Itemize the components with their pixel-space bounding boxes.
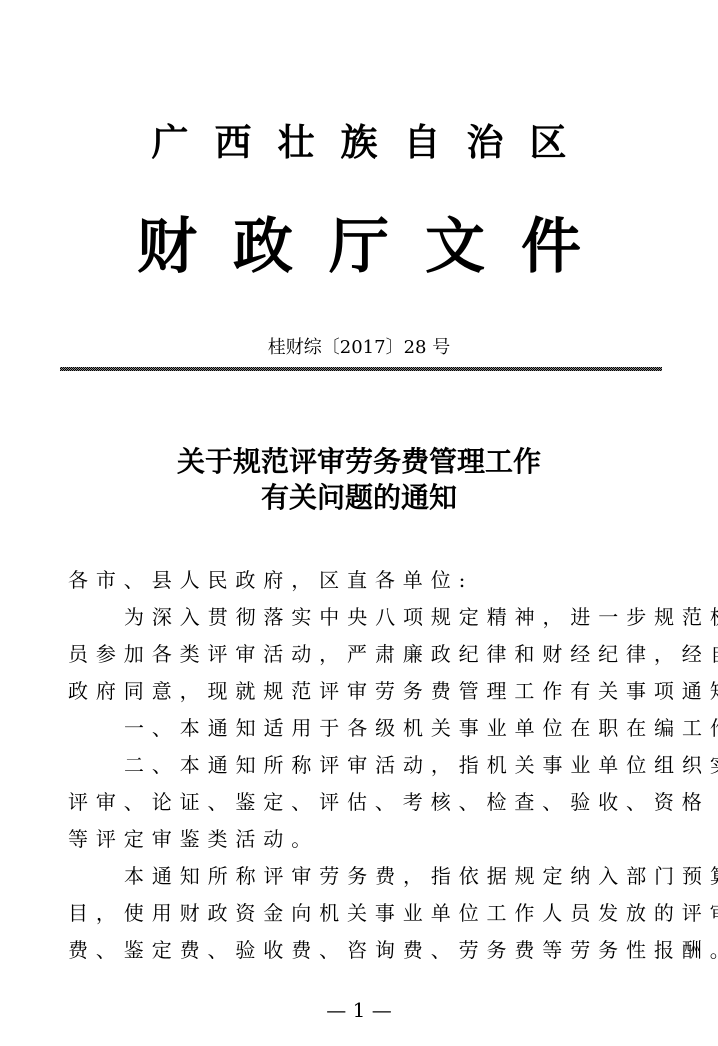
document-number: 桂财综〔2017〕28 号 (0, 336, 718, 360)
body-line: 费、鉴定费、验收费、咨询费、劳务费等劳务性报酬。未按规定 (68, 932, 668, 969)
notice-title-line-1: 关于规范评审劳务费管理工作 (0, 444, 718, 480)
body-line: 为深入贯彻落实中央八项规定精神，进一步规范机关工作人 (68, 599, 668, 636)
body-line: 目，使用财政资金向机关事业单位工作人员发放的评审费、论证 (68, 895, 668, 932)
notice-title: 关于规范评审劳务费管理工作 有关问题的通知 (0, 444, 718, 516)
body-line-item-2: 二、本通知所称评审活动，指机关事业单位组织实施的项目 (68, 747, 668, 784)
notice-body: 各市、县人民政府，区直各单位: 为深入贯彻落实中央八项规定精神，进一步规范机关工… (68, 562, 668, 969)
body-line: 评审、论证、鉴定、评估、考核、检查、验收、资格（质）认定 (68, 784, 668, 821)
body-line-item-1: 一、本通知适用于各级机关事业单位在职在编工作人员。 (68, 710, 668, 747)
body-line: 本通知所称评审劳务费，指依据规定纳入部门预算的评审项 (68, 858, 668, 895)
notice-title-line-2: 有关问题的通知 (0, 480, 718, 516)
document-page: 广西壮族自治区 财政厅文件 桂财综〔2017〕28 号 关于规范评审劳务费管理工… (0, 0, 718, 1046)
salutation: 各市、县人民政府，区直各单位: (68, 562, 668, 599)
issuer-department-title: 财政厅文件 (0, 205, 718, 289)
header-separator-line (60, 367, 662, 371)
body-line: 政府同意，现就规范评审劳务费管理工作有关事项通知如下: (68, 673, 668, 710)
issuer-region-title: 广西壮族自治区 (0, 116, 718, 168)
body-line: 员参加各类评审活动，严肃廉政纪律和财经纪律，经自治区人民 (68, 636, 668, 673)
page-number: — 1 — (0, 998, 718, 1022)
body-line: 等评定审鉴类活动。 (68, 821, 668, 858)
